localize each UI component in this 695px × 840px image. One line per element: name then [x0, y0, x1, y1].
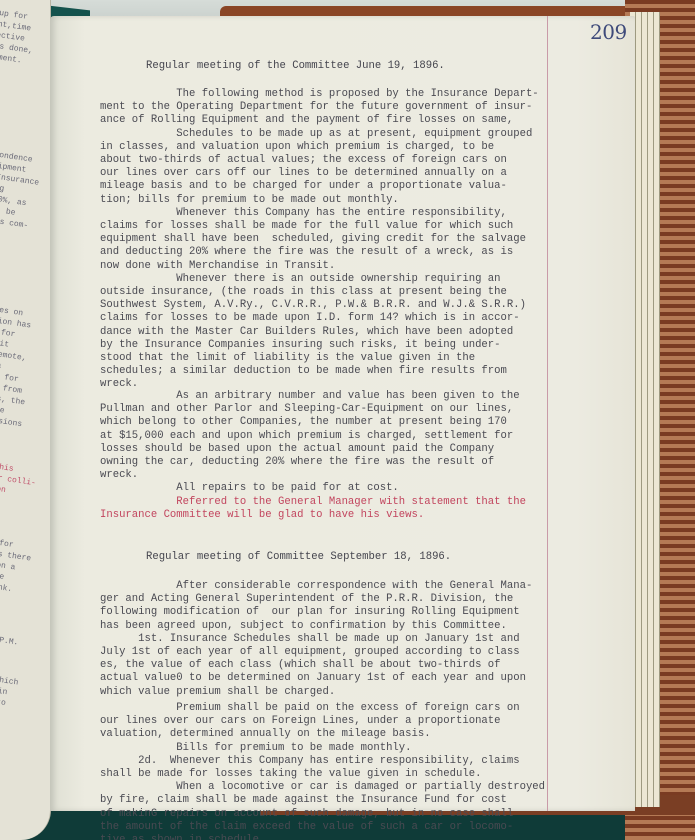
left-page-fragment-red: his r colli- on [0, 462, 38, 500]
meeting-june-body-2: As an arbitrary number and value has bee… [100, 390, 600, 496]
left-page: up for nt,time ective ts done, pment. on… [0, 0, 51, 840]
meeting-june-body: The following method is proposed by the … [100, 88, 600, 392]
left-page-fragment-1: up for nt,time ective ts done, pment. [0, 8, 38, 68]
ledger-page: 209 Regular meeting of the Committee Jun… [50, 16, 635, 811]
page-number: 209 [590, 20, 627, 44]
left-page-fragment-6: hich in to [0, 675, 19, 710]
meeting-heading-june: Regular meeting of the Committee June 19… [146, 60, 646, 73]
left-page-fragment-4: for s there on a ve ink. [0, 538, 33, 597]
referral-note: Referred to the General Manager with sta… [100, 496, 600, 522]
left-page-fragment-2: ondence ipment Insurance ng 20%, as d, b… [0, 150, 43, 232]
meeting-september-body-2: Premium shall be paid on the excess of f… [100, 702, 600, 840]
meeting-heading-september: Regular meeting of Committee September 1… [146, 551, 646, 564]
meeting-september-body: After considerable correspondence with t… [100, 580, 600, 699]
left-page-fragment-3: es on ion has for it remote, a be for ge… [0, 305, 38, 430]
left-page-fragment-5: P.M. [0, 635, 19, 649]
page-stack-edges [630, 12, 670, 807]
